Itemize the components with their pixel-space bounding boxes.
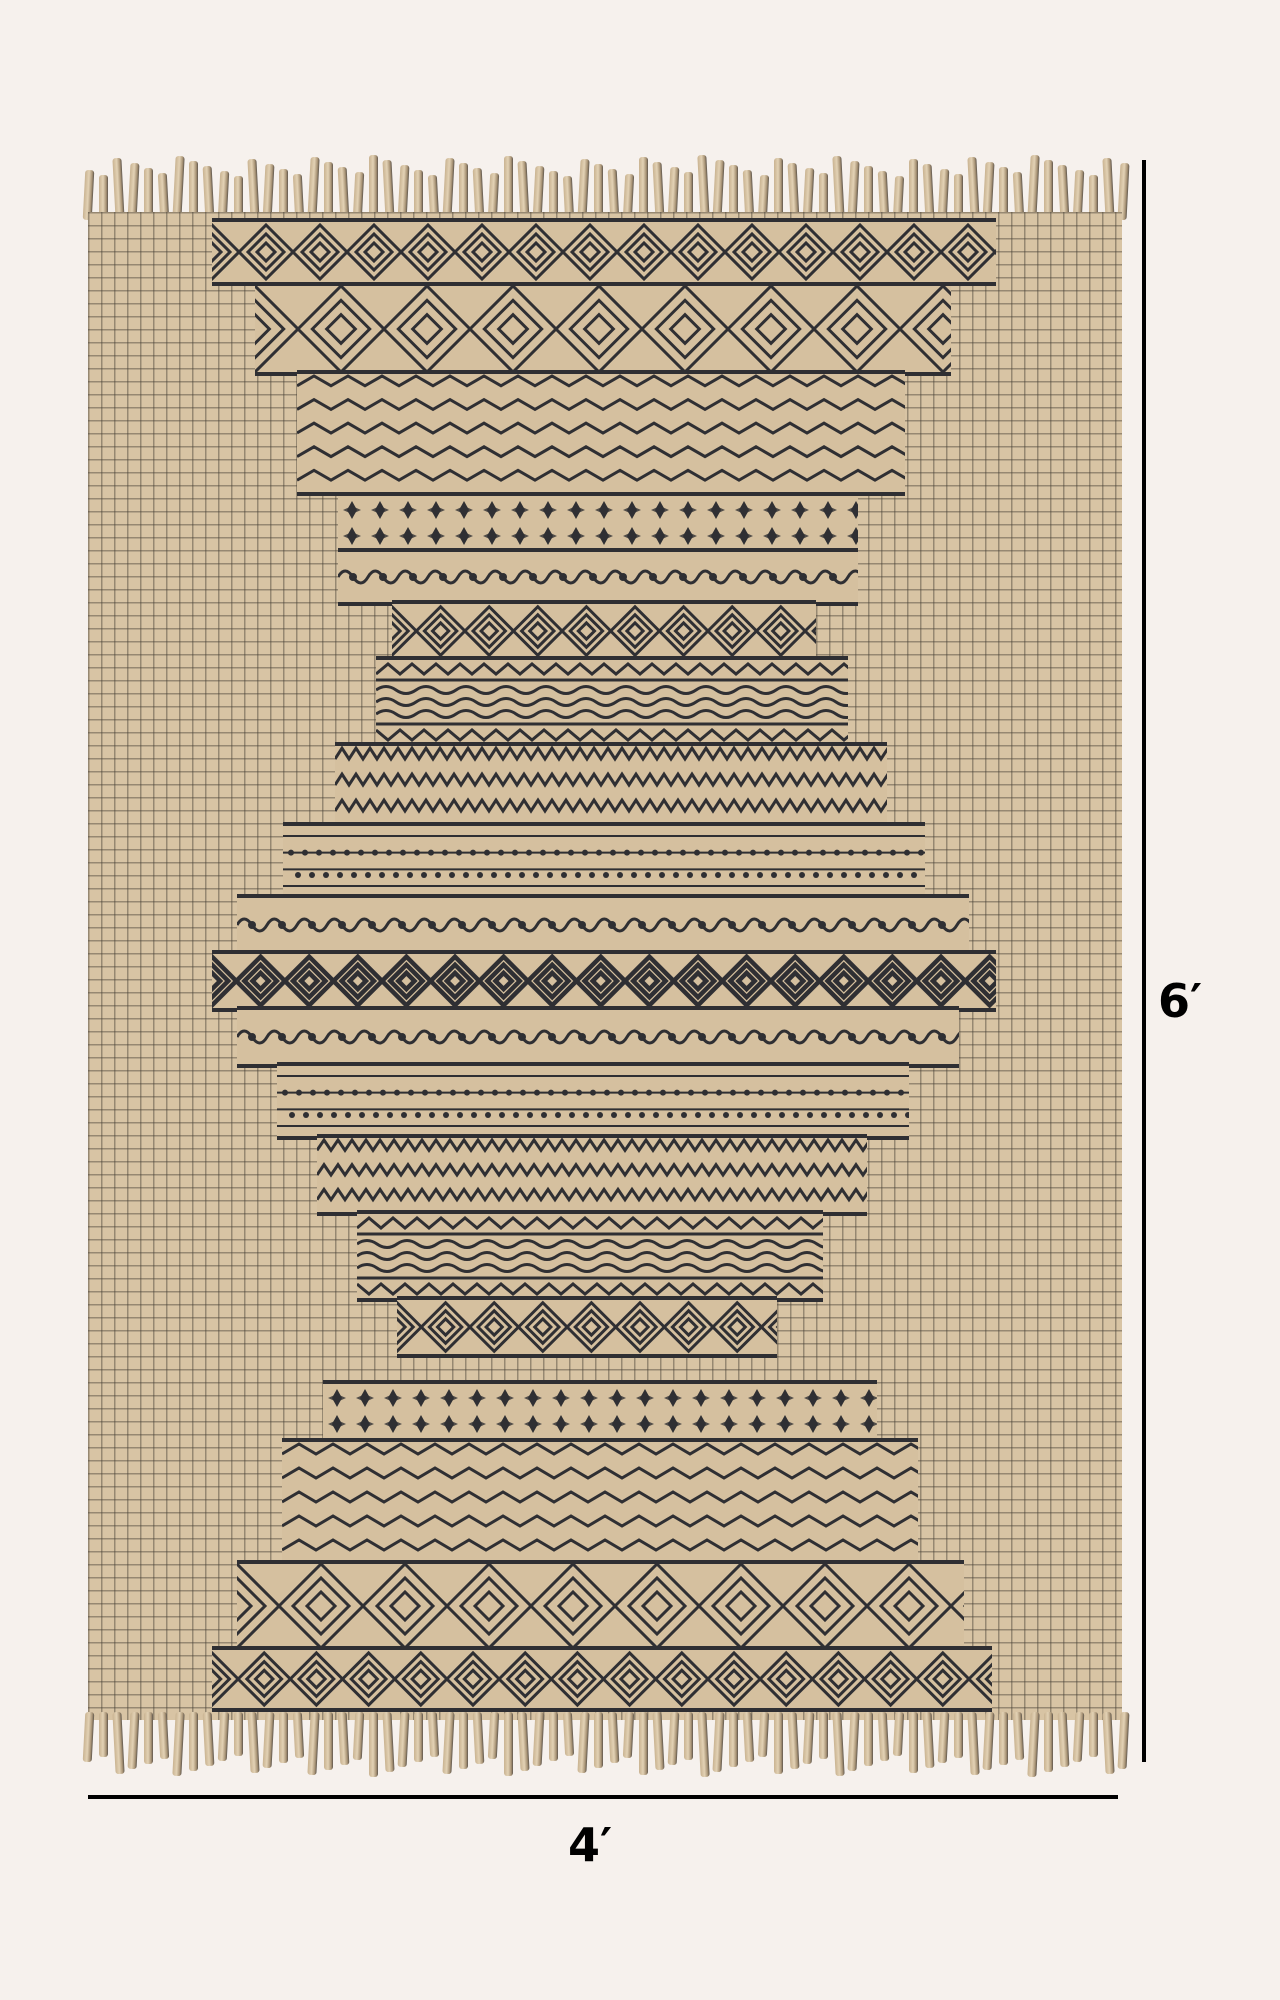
- width-dimension-line: [88, 1795, 1118, 1799]
- fringe-strand: [293, 1712, 304, 1758]
- fringe-strand: [832, 156, 844, 220]
- fringe-strand: [459, 1712, 468, 1769]
- fringe-strand: [743, 1712, 755, 1762]
- fringe-strand: [307, 1712, 319, 1775]
- fringe-strand: [144, 1712, 153, 1764]
- fringe-strand: [774, 158, 783, 220]
- print-band-diamond-lattice: [392, 600, 816, 662]
- fringe-strand: [549, 1712, 558, 1761]
- fringe-strand: [967, 157, 979, 220]
- fringe-strand: [488, 1712, 499, 1759]
- width-dimension-label: 4′: [568, 1822, 612, 1868]
- fringe-strand: [668, 1712, 680, 1765]
- print-band-diamond-lattice: [212, 218, 996, 286]
- print-band-zigzag-wave: [357, 1210, 823, 1302]
- fringe-strand: [324, 1712, 333, 1770]
- fringe-strand: [729, 1712, 738, 1767]
- fringe-strand: [878, 1712, 890, 1761]
- fringe-strand: [428, 1712, 439, 1757]
- print-band-flower-lattice: [338, 492, 858, 554]
- fringe-strand: [623, 1712, 634, 1758]
- print-band-herringbone: [317, 1134, 867, 1216]
- fringe-strand: [999, 1712, 1008, 1765]
- print-band-dot-stripe: [283, 822, 925, 900]
- fringe-strand: [83, 1712, 95, 1762]
- fringe-strand: [473, 1712, 485, 1764]
- height-dimension-label: 6′: [1158, 978, 1202, 1024]
- fringe-strand: [504, 156, 513, 220]
- print-band-scroll-vine: [237, 1006, 959, 1068]
- fringe-strand: [353, 1712, 364, 1760]
- fringe-strand: [1102, 158, 1114, 220]
- fringe-strand: [938, 1712, 950, 1763]
- fringe-strand: [189, 1712, 198, 1771]
- fringe-strand: [577, 159, 589, 220]
- fringe-strand: [533, 1712, 545, 1766]
- fringe-strand: [909, 159, 918, 220]
- print-band-chevron: [297, 370, 905, 496]
- fringe-strand: [1089, 1712, 1098, 1757]
- fringe-strand: [652, 1712, 664, 1770]
- fringe-strand: [684, 1712, 693, 1760]
- fringe-strand: [697, 1712, 709, 1777]
- fringe-strand: [247, 1712, 259, 1773]
- fringe-strand: [608, 1712, 620, 1763]
- fringe-strand: [639, 1712, 648, 1775]
- fringe-strand: [414, 1712, 423, 1762]
- fringe-strand: [112, 1712, 124, 1774]
- print-band-scroll-vine: [237, 894, 969, 956]
- print-band-nested-diamond: [255, 282, 951, 376]
- print-band-chevron: [282, 1438, 918, 1566]
- fringe-strand: [203, 1712, 215, 1766]
- fringe-strand: [594, 1712, 603, 1768]
- fringe-strand: [847, 1712, 859, 1771]
- rug-bottom-fringe: [80, 1712, 1130, 1782]
- fringe-strand: [1027, 155, 1039, 220]
- fringe-strand: [788, 1712, 800, 1769]
- fringe-strand: [697, 155, 709, 220]
- print-band-herringbone: [335, 742, 887, 828]
- print-band-diamond-lattice: [397, 1296, 777, 1358]
- fringe-strand: [923, 1712, 935, 1768]
- fringe-strand: [1073, 1712, 1085, 1762]
- print-band-diamond-lattice: [212, 1646, 992, 1712]
- fringe-strand: [1044, 160, 1053, 220]
- fringe-strand: [247, 159, 259, 220]
- fringe-strand: [1013, 1712, 1024, 1760]
- fringe-strand: [639, 157, 648, 220]
- print-band-flower-lattice: [323, 1380, 877, 1444]
- fringe-strand: [338, 1712, 350, 1765]
- fringe-strand: [954, 1712, 963, 1758]
- fringe-strand: [1044, 1712, 1053, 1772]
- fringe-strand: [442, 1712, 454, 1774]
- fringe-strand: [712, 1712, 724, 1772]
- fringe-strand: [369, 155, 378, 220]
- fringe-strand: [563, 1712, 574, 1756]
- height-dimension-line: [1142, 160, 1146, 1762]
- fringe-strand: [99, 1712, 108, 1757]
- fringe-strand: [1027, 1712, 1039, 1777]
- fringe-strand: [382, 1712, 394, 1772]
- fringe-strand: [1058, 1712, 1070, 1767]
- fringe-strand: [1102, 1712, 1114, 1774]
- fringe-strand: [893, 1712, 904, 1756]
- fringe-strand: [263, 1712, 275, 1768]
- fringe-strand: [819, 1712, 828, 1759]
- print-band-scroll-vine: [338, 548, 858, 606]
- print-band-nested-diamond: [237, 1560, 964, 1652]
- fringe-strand: [577, 1712, 589, 1773]
- print-band-dot-stripe: [277, 1062, 909, 1140]
- rug-top-fringe: [80, 150, 1130, 220]
- fringe-strand: [369, 1712, 378, 1777]
- fringe-strand: [398, 1712, 410, 1767]
- fringe-strand: [442, 158, 454, 220]
- fringe-strand: [982, 1712, 994, 1770]
- fringe-strand: [128, 1712, 140, 1769]
- fringe-strand: [172, 1712, 184, 1776]
- fringe-strand: [758, 1712, 769, 1757]
- fringe-strand: [517, 1712, 529, 1771]
- fringe-strand: [1118, 1712, 1130, 1769]
- fringe-strand: [158, 1712, 169, 1759]
- print-band-zigzag-wave: [376, 656, 848, 748]
- fringe-strand: [864, 1712, 873, 1766]
- fringe-strand: [112, 158, 124, 220]
- fringe-strand: [504, 1712, 513, 1776]
- fringe-strand: [967, 1712, 979, 1775]
- fringe-strand: [279, 1712, 288, 1763]
- print-band-diamond-lattice-bold: [212, 950, 996, 1012]
- fringe-strand: [774, 1712, 783, 1774]
- fringe-strand: [803, 1712, 815, 1764]
- fringe-strand: [218, 1712, 230, 1761]
- product-image: 6′ 4′: [0, 0, 1280, 2000]
- fringe-strand: [832, 1712, 844, 1776]
- fringe-strand: [172, 156, 184, 220]
- fringe-strand: [307, 157, 319, 220]
- fringe-strand: [909, 1712, 918, 1773]
- fringe-strand: [234, 1712, 243, 1756]
